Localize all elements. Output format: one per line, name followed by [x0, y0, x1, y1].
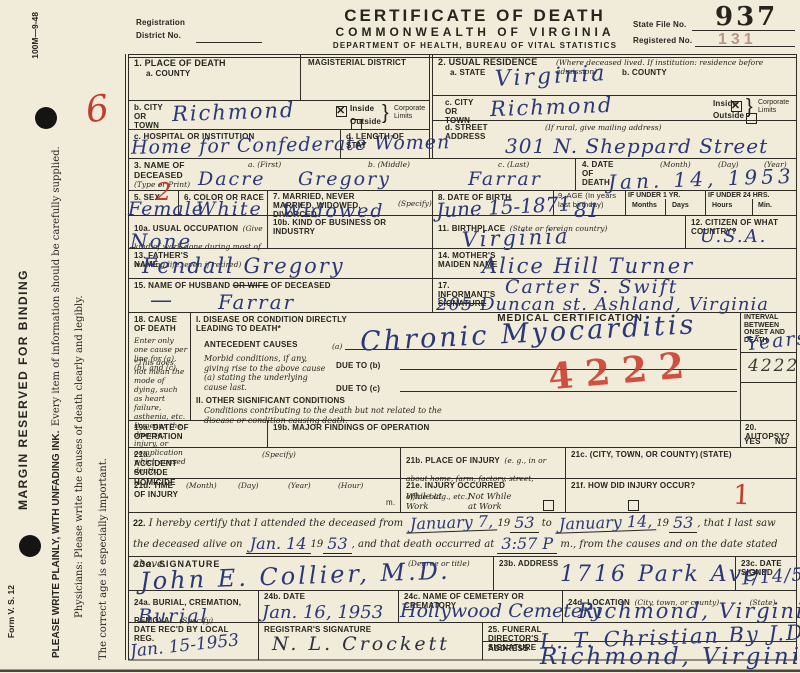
physician-address-value: 1716 Park Ave: [560, 564, 760, 586]
business-industry-label: 10b. KIND OF BUSINESS OR INDUSTRY: [273, 218, 413, 236]
residence-state-label: a. STATE: [450, 68, 486, 77]
place-city-value: Richmond: [172, 100, 296, 125]
spouse-label-struck: OR WIFE: [233, 281, 269, 290]
interval-value: Years: [745, 329, 800, 354]
registrar-signature-value: N. L. Crockett: [272, 635, 450, 654]
margin-red-mark: 6: [84, 91, 112, 130]
physician-address-label: 23b. ADDRESS: [499, 559, 558, 568]
injury-occurred-label: 21e. INJURY OCCURRED: [406, 481, 505, 490]
certify-19a: 19: [497, 518, 510, 529]
margin-form-number: Form V. S. 12: [6, 585, 16, 638]
middle-name-value: Gregory: [298, 170, 391, 189]
injury-m-label: m.: [386, 498, 395, 507]
father-name-value: Fendall Gregory: [142, 256, 345, 277]
length-of-stay-label: d. LENGTH OF STAY: [346, 132, 416, 150]
not-while-at-work-label: Not While at Work: [468, 492, 516, 512]
funeral-address-value: Richmond, Virginia: [540, 646, 800, 669]
birthplace-value: Virginia: [462, 226, 571, 251]
place-inside-label: Inside: [350, 104, 374, 113]
how-injury-occur-label: 21f. HOW DID INJURY OCCUR?: [571, 481, 695, 490]
injury-month-label: (Month): [186, 481, 217, 490]
place-of-injury-label-text: 21b. PLACE OF INJURY: [406, 456, 500, 465]
certify-from-year: 53: [510, 513, 538, 533]
street-address-note: (If rural, give mailing address): [545, 123, 661, 132]
autopsy-yes-label: YES: [744, 437, 761, 446]
street-address-label: d. STREET ADDRESS: [445, 123, 489, 141]
margin-binding-note: MARGIN RESERVED FOR BINDING: [16, 150, 30, 630]
burial-location-value: Richmond, Virginia: [578, 601, 800, 622]
state-file-label: State File No.: [633, 20, 686, 29]
registered-no-label: Registered No.: [633, 36, 692, 45]
certify-text-1: I hereby certify that I attended the dec…: [149, 518, 403, 529]
autopsy-no-label: NO: [775, 437, 787, 446]
injury-state-label: (STATE): [700, 450, 732, 459]
citizen-value: U.S.A.: [700, 228, 767, 246]
spouse-dash: —: [150, 290, 172, 312]
first-name-value: Dacre: [198, 170, 266, 189]
under-24hrs-label: IF UNDER 24 HRS.: [708, 192, 796, 200]
state-file-number: 937: [715, 2, 778, 32]
due-to-c-label: DUE TO (c): [336, 384, 380, 393]
residence-corporate-label: Corporate Limits: [758, 99, 794, 114]
place-corporate-label: Corporate Limits: [394, 105, 430, 120]
residence-outside-label: Outside: [713, 111, 744, 120]
certify-time-value: 3:57 P: [497, 534, 557, 554]
certify-19c: 19: [311, 539, 324, 550]
place-city-label: b. CITY OR TOWN: [134, 103, 168, 131]
cause-a-label: (a): [332, 342, 342, 351]
spouse-label-b: OF DECEASED: [271, 281, 331, 290]
certify-19b: 19: [656, 518, 669, 529]
funeral-address-label: ADDRESS: [488, 644, 529, 653]
under-24hrs-min-label: Min.: [758, 202, 772, 210]
age-value: 81: [574, 200, 599, 220]
due-to-b-label: DUE TO (b): [336, 361, 381, 370]
residence-city-label: c. CITY OR TOWN: [445, 98, 479, 126]
injury-hour-label: (Hour): [338, 481, 363, 490]
color-race-value: White: [196, 200, 263, 219]
marital-specify-note: (Specify): [398, 199, 432, 208]
certify-text-2: to: [542, 518, 552, 529]
residence-state-value: Virginia: [495, 63, 608, 91]
margin-plainly-rest: Every item of information should be care…: [51, 146, 62, 426]
magisterial-district-label: MAGISTERIAL DISTRICT: [308, 58, 406, 67]
injury-day-label: (Day): [238, 481, 259, 490]
not-while-at-work-checkbox: [628, 500, 639, 511]
district-no-label: District No.: [136, 31, 181, 40]
date-of-operation-label: 19a. DATE OF OPERATION: [134, 423, 214, 441]
occupation-value: None: [130, 231, 192, 251]
certify-text-4: , and that death occurred at: [352, 539, 495, 550]
mother-name-value: Alice Hill Turner: [482, 256, 694, 277]
street-address-value: 301 N. Sheppard Street: [505, 136, 768, 156]
injury-year-label: (Year): [288, 481, 311, 490]
injury-specify-note: (Specify): [262, 450, 296, 459]
morbid-conditions-note: Morbid conditions, if any, giving rise t…: [204, 354, 329, 392]
injury-city-label: 21c. (CITY, TOWN, OR COUNTY): [571, 450, 698, 459]
place-outside-label: Outside: [350, 117, 381, 126]
certify-from-value: January 7,: [406, 513, 498, 533]
margin-age-note: The correct age is especially important.: [98, 300, 109, 660]
death-certificate-scan: 100M—9-48 MARGIN RESERVED FOR BINDING PL…: [0, 0, 800, 673]
sex-value: Female: [128, 200, 204, 219]
margin-plainly-bold: PLEASE WRITE PLAINLY, WITH UNFADING INK.: [51, 431, 62, 658]
certify-to-value: January 14,: [555, 513, 657, 534]
date-signed-value: 1/14/53: [739, 565, 800, 588]
under-1yr-days-label: Days: [672, 202, 689, 210]
certify-alive-year: 53: [323, 534, 351, 554]
informant-address-value: 205 Duncan st. Ashland, Virginia: [436, 296, 769, 314]
burial-value: Burial: [138, 607, 209, 626]
major-findings-label: 19b. MAJOR FINDINGS OF OPERATION: [273, 423, 430, 432]
certify-to-year: 53: [669, 513, 697, 533]
certificate-title: CERTIFICATE OF DEATH: [310, 6, 640, 26]
date-of-death-value: Jan. 14, 1953: [608, 166, 795, 193]
spouse-name-value: Farrar: [218, 292, 295, 312]
under-24hrs-hours-label: Hours: [712, 202, 732, 210]
place-county-label: a. COUNTY: [146, 69, 190, 78]
margin-stock-number: 100M—9-48: [30, 12, 40, 59]
last-name-value: Farrar: [468, 170, 542, 189]
disease-condition-label: I. DISEASE OR CONDITION DIRECTLY LEADING…: [196, 315, 356, 333]
margin-physicians-note: Physicians: Please write the causes of d…: [74, 58, 85, 618]
residence-city-value: Richmond: [490, 95, 614, 120]
interval-code-value: 4222: [748, 358, 799, 375]
under-1yr-months-label: Months: [632, 202, 657, 210]
burial-date-value: Jan. 16, 1953: [262, 604, 383, 622]
date-of-birth-value: June 15-1871: [436, 193, 572, 220]
place-inside-checkbox: [336, 106, 347, 117]
while-at-work-label: While at Work: [406, 492, 448, 512]
residence-inside-label: Inside: [713, 99, 737, 108]
under-1yr-label: IF UNDER 1 YR.: [628, 192, 704, 200]
registration-label: Registration: [136, 18, 185, 27]
other-conditions-label: II. OTHER SIGNIFICANT CONDITIONS: [196, 396, 345, 405]
time-of-injury-label: 21d. TIME OF INJURY: [134, 481, 180, 499]
certify-alive-value: Jan. 14: [246, 534, 311, 554]
certify-item-number: 22.: [133, 518, 146, 528]
while-at-work-checkbox: [543, 500, 554, 511]
cause-of-death-label: 18. CAUSE OF DEATH: [134, 315, 188, 333]
registered-number-stamp: 131: [718, 31, 757, 49]
antecedent-causes-label: ANTECEDENT CAUSES: [204, 340, 298, 349]
residence-county-label: b. COUNTY: [622, 68, 667, 77]
margin-plainly-note: PLEASE WRITE PLAINLY, WITH UNFADING INK.…: [48, 58, 66, 658]
place-corporate-brace: }: [382, 102, 389, 125]
injury-red-tick: 1: [732, 482, 751, 510]
place-of-death-label: 1. PLACE OF DEATH: [134, 58, 226, 68]
commonwealth-subtitle: COMMONWEALTH OF VIRGINIA: [300, 25, 650, 39]
residence-corporate-brace: }: [746, 96, 753, 119]
department-line: DEPARTMENT OF HEALTH, BUREAU OF VITAL ST…: [300, 41, 650, 50]
spouse-label-a: 15. NAME OF HUSBAND: [134, 281, 230, 290]
burial-date-label: 24b. DATE: [264, 592, 305, 601]
spouse-name-label: 15. NAME OF HUSBAND OR WIFE OF DECEASED: [134, 281, 424, 290]
